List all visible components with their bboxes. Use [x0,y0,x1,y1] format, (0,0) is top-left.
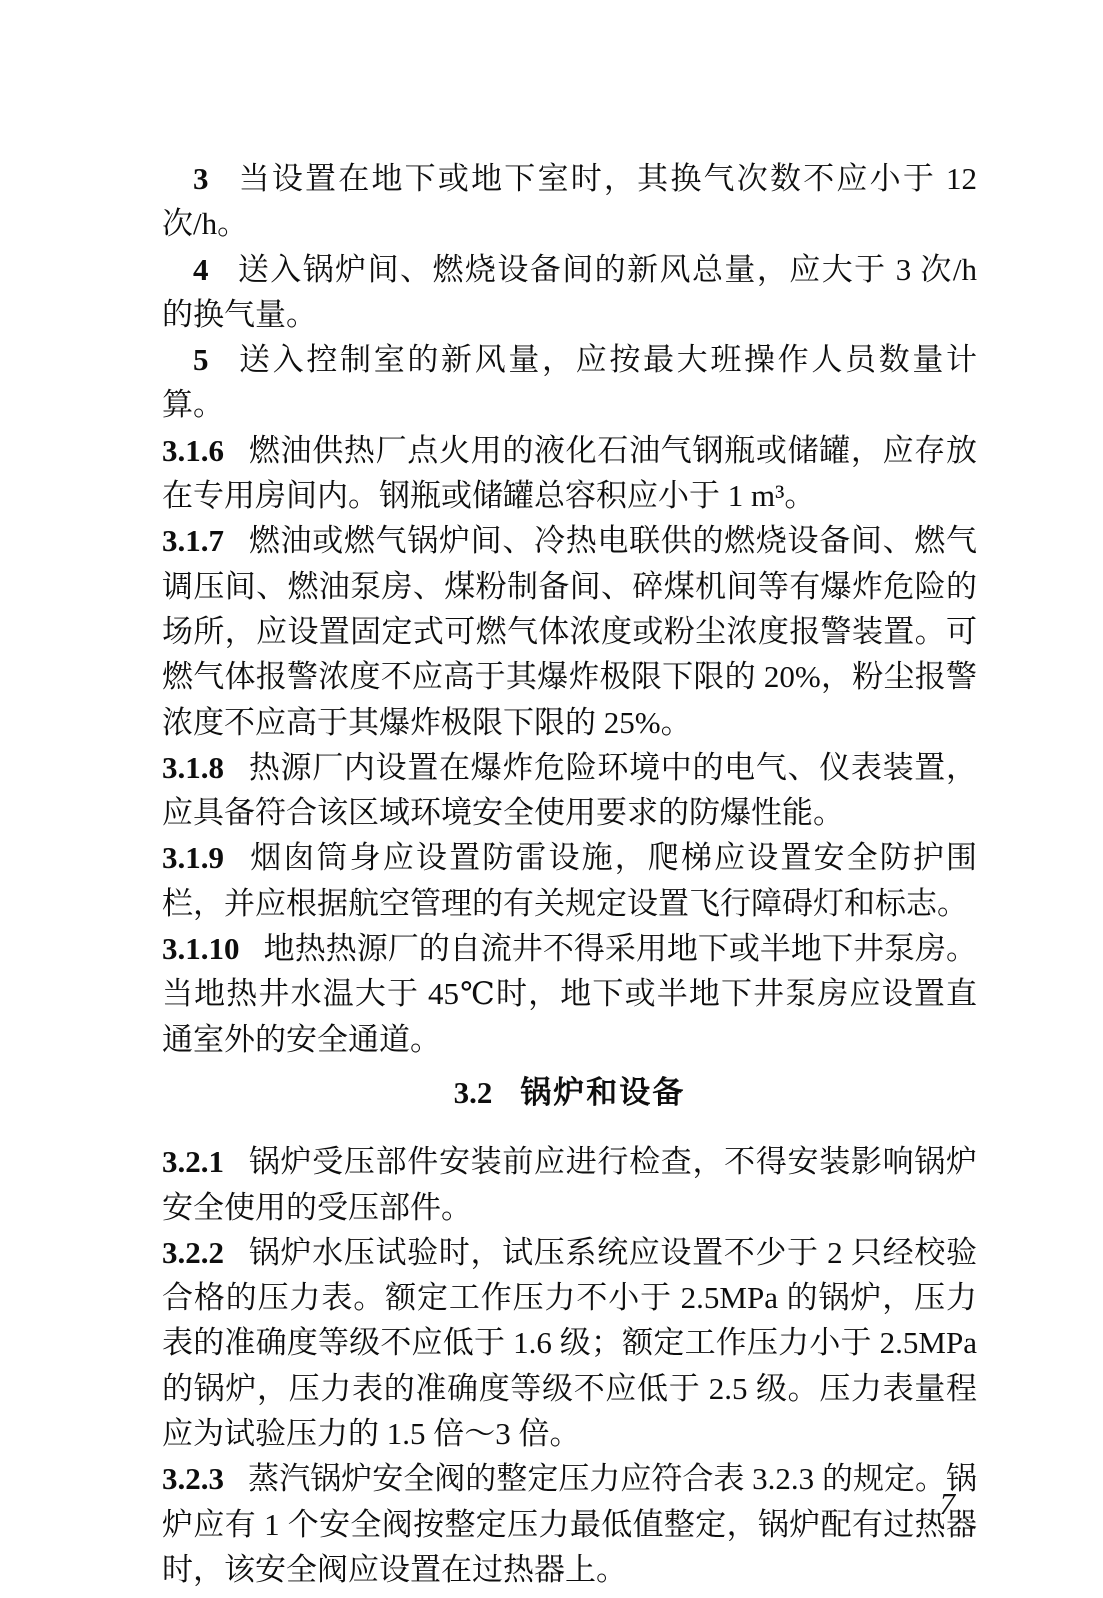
clause-3-2-2-text: 锅炉水压试验时，试压系统应设置不少于 2 只经校验合格的压力表。额定工作压力不小… [162,1235,977,1451]
clause-3-2-1-number: 3.2.1 [162,1144,248,1179]
sub-item-3-text: 当设置在地下或地下室时，其换气次数不应小于 12 次/h。 [162,161,977,241]
sub-item-4: 4送入锅炉间、燃烧设备间的新风总量，应大于 3 次/h 的换气量。 [162,247,977,338]
sub-item-3: 3当设置在地下或地下室时，其换气次数不应小于 12 次/h。 [162,156,977,247]
clause-3-1-8: 3.1.8热源厂内设置在爆炸危险环境中的电气、仪表装置，应具备符合该区域环境安全… [162,745,977,836]
clause-3-2-1: 3.2.1锅炉受压部件安装前应进行检查，不得安装影响锅炉安全使用的受压部件。 [162,1139,977,1230]
content-area: 3当设置在地下或地下室时，其换气次数不应小于 12 次/h。 4送入锅炉间、燃烧… [162,156,977,1592]
clause-3-1-7-number: 3.1.7 [162,523,248,558]
section-heading-number: 3.2 [454,1075,521,1110]
sub-item-5-text: 送入控制室的新风量，应按最大班操作人员数量计算。 [162,342,977,422]
clause-3-1-6-number: 3.1.6 [162,433,248,468]
sub-item-4-text: 送入锅炉间、燃烧设备间的新风总量，应大于 3 次/h 的换气量。 [162,252,977,332]
page-number: 7 [940,1486,956,1522]
clause-3-2-3-number: 3.2.3 [162,1461,248,1496]
sub-item-5: 5送入控制室的新风量，应按最大班操作人员数量计算。 [162,337,977,428]
clause-3-1-6-text: 燃油供热厂点火用的液化石油气钢瓶或储罐，应存放在专用房间内。钢瓶或储罐总容积应小… [162,433,977,513]
clause-3-1-10-text: 地热热源厂的自流井不得采用地下或半地下井泵房。当地热井水温大于 45℃时，地下或… [162,931,977,1057]
clause-3-1-10-number: 3.1.10 [162,931,264,966]
sub-item-3-number: 3 [193,161,236,196]
clause-3-2-3: 3.2.3蒸汽锅炉安全阀的整定压力应符合表 3.2.3 的规定。锅炉应有 1 个… [162,1456,977,1592]
clause-3-1-9: 3.1.9烟囱筒身应设置防雷设施，爬梯应设置安全防护围栏，并应根据航空管理的有关… [162,835,977,926]
clause-3-2-2-number: 3.2.2 [162,1235,248,1270]
clause-3-1-10: 3.1.10地热热源厂的自流井不得采用地下或半地下井泵房。当地热井水温大于 45… [162,926,977,1062]
clause-3-2-2: 3.2.2锅炉水压试验时，试压系统应设置不少于 2 只经校验合格的压力表。额定工… [162,1230,977,1456]
clause-3-1-7: 3.1.7燃油或燃气锅炉间、冷热电联供的燃烧设备间、燃气调压间、燃油泵房、煤粉制… [162,518,977,744]
section-heading-label: 锅炉和设备 [520,1075,685,1110]
sub-item-5-number: 5 [193,342,236,377]
document-page: 3当设置在地下或地下室时，其换气次数不应小于 12 次/h。 4送入锅炉间、燃烧… [0,0,1103,1598]
clause-3-2-3-text: 蒸汽锅炉安全阀的整定压力应符合表 3.2.3 的规定。锅炉应有 1 个安全阀按整… [162,1461,977,1587]
clause-3-2-1-text: 锅炉受压部件安装前应进行检查，不得安装影响锅炉安全使用的受压部件。 [162,1144,977,1224]
clause-3-1-8-number: 3.1.8 [162,750,248,785]
clause-3-1-9-text: 烟囱筒身应设置防雷设施，爬梯应设置安全防护围栏，并应根据航空管理的有关规定设置飞… [162,840,977,920]
clause-3-1-6: 3.1.6燃油供热厂点火用的液化石油气钢瓶或储罐，应存放在专用房间内。钢瓶或储罐… [162,428,977,519]
clause-3-1-7-text: 燃油或燃气锅炉间、冷热电联供的燃烧设备间、燃气调压间、燃油泵房、煤粉制备间、碎煤… [162,523,977,739]
clause-3-1-8-text: 热源厂内设置在爆炸危险环境中的电气、仪表装置，应具备符合该区域环境安全使用要求的… [162,750,977,830]
sub-item-4-number: 4 [193,252,236,287]
section-heading-3-2: 3.2锅炉和设备 [162,1070,977,1115]
clause-3-1-9-number: 3.1.9 [162,840,248,875]
